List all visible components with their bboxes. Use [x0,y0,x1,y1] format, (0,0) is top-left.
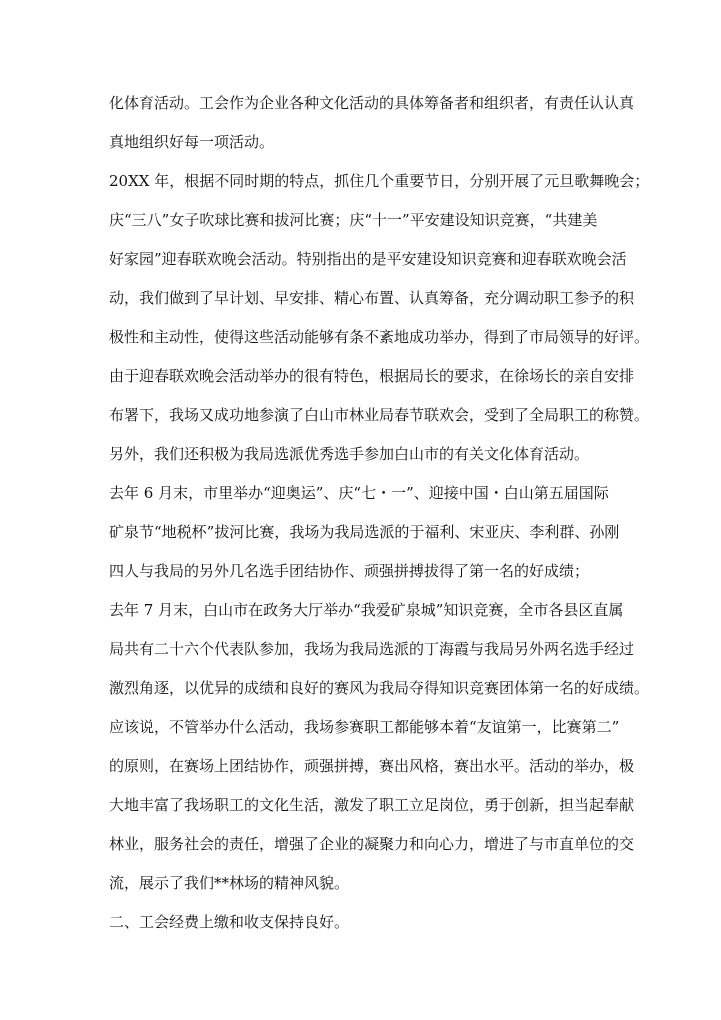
text-line: 激烈角逐，以优异的成绩和良好的赛风为我局夺得知识竞赛团体第一名的好成绩。 [109,678,669,717]
text-line: 20XX 年，根据不同时期的特点，抓住几个重要节日，分别开展了元旦歌舞晚会； [109,171,669,210]
text-line: 矿泉节“地税杯”拔河比赛，我场为我局选派的于福利、宋亚庆、李利群、孙刚 [109,522,669,561]
text-line: 由于迎春联欢晚会活动举办的很有特色，根据局长的要求，在徐场长的亲自安排 [109,366,669,405]
document-body: 化体育活动。工会作为企业各种文化活动的具体筹备者和组织者，有责任认认真 真地组织… [109,93,669,951]
text-line: 真地组织好每一项活动。 [109,132,669,171]
text-line: 大地丰富了我场职工的文化生活，激发了职工立足岗位，勇于创新，担当起奉献 [109,795,669,834]
text-line: 去年 6 月末，市里举办“迎奥运”、庆“七・一”、迎接中国・白山第五届国际 [109,483,669,522]
text-line: 局共有二十六个代表队参加，我场为我局选派的丁海霞与我局另外两名选手经过 [109,639,669,678]
text-line: 四人与我局的另外几名选手团结协作、顽强拼搏拔得了第一名的好成绩； [109,561,669,600]
text-line: 林业，服务社会的责任，增强了企业的凝聚力和向心力，增进了与市直单位的交 [109,834,669,873]
section-heading: 二、工会经费上缴和收支保持良好。 [109,912,669,951]
text-line: 的原则，在赛场上团结协作，顽强拼搏，赛出风格，赛出水平。活动的举办，极 [109,756,669,795]
document-page: 化体育活动。工会作为企业各种文化活动的具体筹备者和组织者，有责任认认真 真地组织… [0,0,721,1020]
text-line: 去年 7 月末，白山市在政务大厅举办“我爱矿泉城”知识竞赛，全市各县区直属 [109,600,669,639]
text-line: 动，我们做到了早计划、早安排、精心布置、认真筹备，充分调动职工参予的积 [109,288,669,327]
text-line: 应该说，不管举办什么活动，我场参赛职工都能够本着“友谊第一，比赛第二” [109,717,669,756]
text-line: 极性和主动性，使得这些活动能够有条不紊地成功举办，得到了市局领导的好评。 [109,327,669,366]
text-line: 化体育活动。工会作为企业各种文化活动的具体筹备者和组织者，有责任认认真 [109,93,669,132]
text-line: 另外，我们还积极为我局选派优秀选手参加白山市的有关文化体育活动。 [109,444,669,483]
text-line: 布署下，我场又成功地参演了白山市林业局春节联欢会，受到了全局职工的称赞。 [109,405,669,444]
text-line: 庆“三八”女子吹球比赛和拔河比赛；庆“十一”平安建设知识竞赛，“共建美 [109,210,669,249]
text-line: 好家园”迎春联欢晚会活动。特别指出的是平安建设知识竞赛和迎春联欢晚会活 [109,249,669,288]
text-line: 流，展示了我们**林场的精神风貌。 [109,873,669,912]
